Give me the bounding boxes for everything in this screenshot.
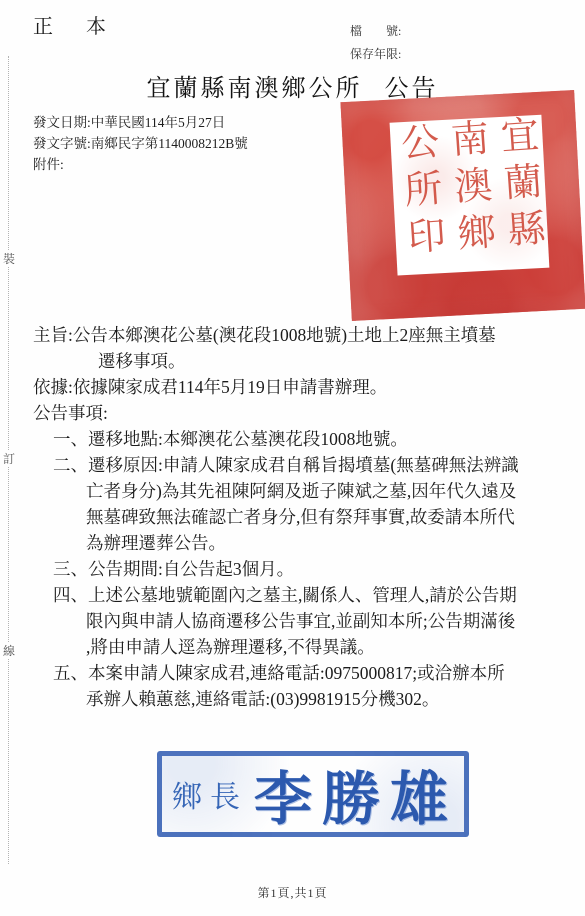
- mayor-name: 李勝雄: [254, 752, 458, 836]
- item-4-line-1: 四、上述公墓地號範圍內之墓主,關係人、管理人,請於公告期: [53, 582, 568, 608]
- mayor-signature-stamp: 鄉長 李勝雄: [157, 751, 469, 837]
- copy-type-label: 正 本: [33, 10, 120, 39]
- item-2-line-4: 為辦理遷葬公告。: [86, 530, 568, 556]
- item-2-line-3: 無墓碑致無法確認亡者身分,但有祭拜事實,故委請本所代: [86, 504, 568, 530]
- binding-char-zhuang: 裝: [2, 250, 16, 267]
- file-number-label: 檔 號:: [350, 24, 401, 38]
- items-heading: 公告事項:: [33, 400, 568, 426]
- document-meta: 發文日期:中華民國114年5月27日 發文字號:南鄉民字第1140008212B…: [33, 112, 248, 175]
- page-number: 第1頁,共1頁: [0, 884, 585, 901]
- binding-char-xian: 線: [2, 642, 16, 659]
- retention-period-label: 保存年限:: [350, 47, 401, 61]
- basis-line: 依據:依據陳家成君114年5月19日申請書辦理。: [33, 374, 568, 400]
- official-red-seal: 宜蘭縣南澳鄉公所印: [340, 90, 585, 321]
- item-2-line-1: 二、遷移原因:申請人陳家成君自稱旨揭墳墓(無墓碑無法辨識: [53, 452, 568, 478]
- item-5-line-2: 承辦人賴蕙慈,連絡電話:(03)9981915分機302。: [86, 686, 568, 712]
- subject-line-2: 遷移事項。: [98, 348, 568, 374]
- official-red-seal-text: 宜蘭縣南澳鄉公所印: [389, 114, 549, 274]
- doc-number-line: 發文字號:南鄉民字第1140008212B號: [33, 133, 248, 154]
- item-4-line-2: 限內與申請人協商遷移公告事宜,並副知本所;公告期滿後: [86, 608, 568, 634]
- mayor-title: 鄉長: [172, 772, 248, 816]
- subject-line-1: 主旨:公告本鄉澳花公墓(澳花段1008地號)土地上2座無主墳墓: [33, 322, 568, 348]
- item-1: 一、遷移地點:本鄉澳花公墓澳花段1008地號。: [53, 426, 568, 452]
- issuing-org: 宜蘭縣南澳鄉公所: [147, 76, 363, 102]
- official-red-seal-inner: 宜蘭縣南澳鄉公所印: [390, 115, 550, 276]
- issue-date-line: 發文日期:中華民國114年5月27日: [33, 112, 248, 133]
- item-2-line-2: 亡者身分)為其先祖陳阿網及逝子陳斌之墓,因年代久遠及: [86, 478, 568, 504]
- announcement-body: 主旨:公告本鄉澳花公墓(澳花段1008地號)土地上2座無主墳墓 遷移事項。 依據…: [33, 322, 568, 712]
- announcement-document: 裝 訂 線 正 本 檔 號:保存年限: 宜蘭縣南澳鄉公所公告 發文日期:中華民國…: [0, 0, 585, 916]
- file-number-box: 檔 號:保存年限:: [350, 20, 401, 66]
- item-5-line-1: 五、本案申請人陳家成君,連絡電話:0975000817;或洽辦本所: [53, 660, 568, 686]
- item-3: 三、公告期間:自公告起3個月。: [53, 556, 568, 582]
- item-4-line-3: ,將由申請人逕為辦理遷移,不得異議。: [86, 634, 568, 660]
- binding-char-ding: 訂: [2, 450, 16, 467]
- attachment-line: 附件:: [33, 154, 248, 175]
